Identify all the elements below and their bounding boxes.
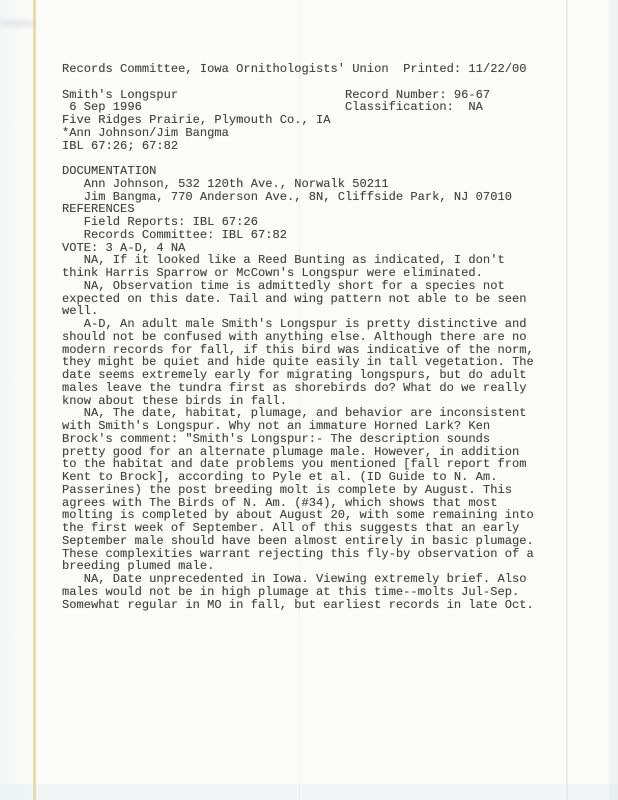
document-line: males leave the tundra first as shorebir… <box>62 382 582 395</box>
document-line: NA, Date unprecedented in Iowa. Viewing … <box>62 573 582 586</box>
paper-left-margin-strip <box>0 0 33 800</box>
document-line: DOCUMENTATION <box>62 165 582 178</box>
document-line: with Smith's Longspur. Why not an immatu… <box>62 420 582 433</box>
document-header-line: Records Committee, Iowa Ornithologists' … <box>62 63 582 76</box>
document-line: should not be confused with anything els… <box>62 331 582 344</box>
document-line: NA, Observation time is admittedly short… <box>62 280 582 293</box>
document-line: September male should have been almost e… <box>62 535 582 548</box>
document-line: A-D, An adult male Smith's Longspur is p… <box>62 318 582 331</box>
scanned-document-page: Records Committee, Iowa Ornithologists' … <box>0 0 618 800</box>
record-meta-block: Smith's Longspur Record Number: 96-67 6 … <box>62 89 582 153</box>
scan-streak <box>609 0 618 800</box>
document-line: Five Ridges Prairie, Plymouth Co., IA <box>62 114 582 127</box>
paper-edge-line <box>33 0 36 800</box>
document-line: Jim Bangma, 770 Anderson Ave., 8N, Cliff… <box>62 191 582 204</box>
document-line: Somewhat regular in MO in fall, but earl… <box>62 599 582 612</box>
scan-bottom-shadow <box>0 784 618 800</box>
document-line: Kent to Brock], according to Pyle et al.… <box>62 471 582 484</box>
document-line: think Harris Sparrow or McCown's Longspu… <box>62 267 582 280</box>
document-line: Brock's comment: "Smith's Longspur:- The… <box>62 433 582 446</box>
document-line: date seems extremely early for migrating… <box>62 369 582 382</box>
document-line: Field Reports: IBL 67:26 <box>62 216 582 229</box>
document-line: the first week of September. All of this… <box>62 522 582 535</box>
document-line: Ann Johnson, 532 120th Ave., Norwalk 502… <box>62 178 582 191</box>
scan-smudge <box>0 20 34 27</box>
document-line: *Ann Johnson/Jim Bangma <box>62 127 582 140</box>
document-body-block: DOCUMENTATION Ann Johnson, 532 120th Ave… <box>62 165 582 611</box>
document-line: expected on this date. Tail and wing pat… <box>62 293 582 306</box>
document-line: males would not be in high plumage at th… <box>62 586 582 599</box>
document-line: Records Committee: IBL 67:82 <box>62 229 582 242</box>
document-line: Passerines) the post breeding molt is co… <box>62 484 582 497</box>
document-line: IBL 67:26; 67:82 <box>62 140 582 153</box>
typewritten-text-block: Records Committee, Iowa Ornithologists' … <box>62 63 582 611</box>
